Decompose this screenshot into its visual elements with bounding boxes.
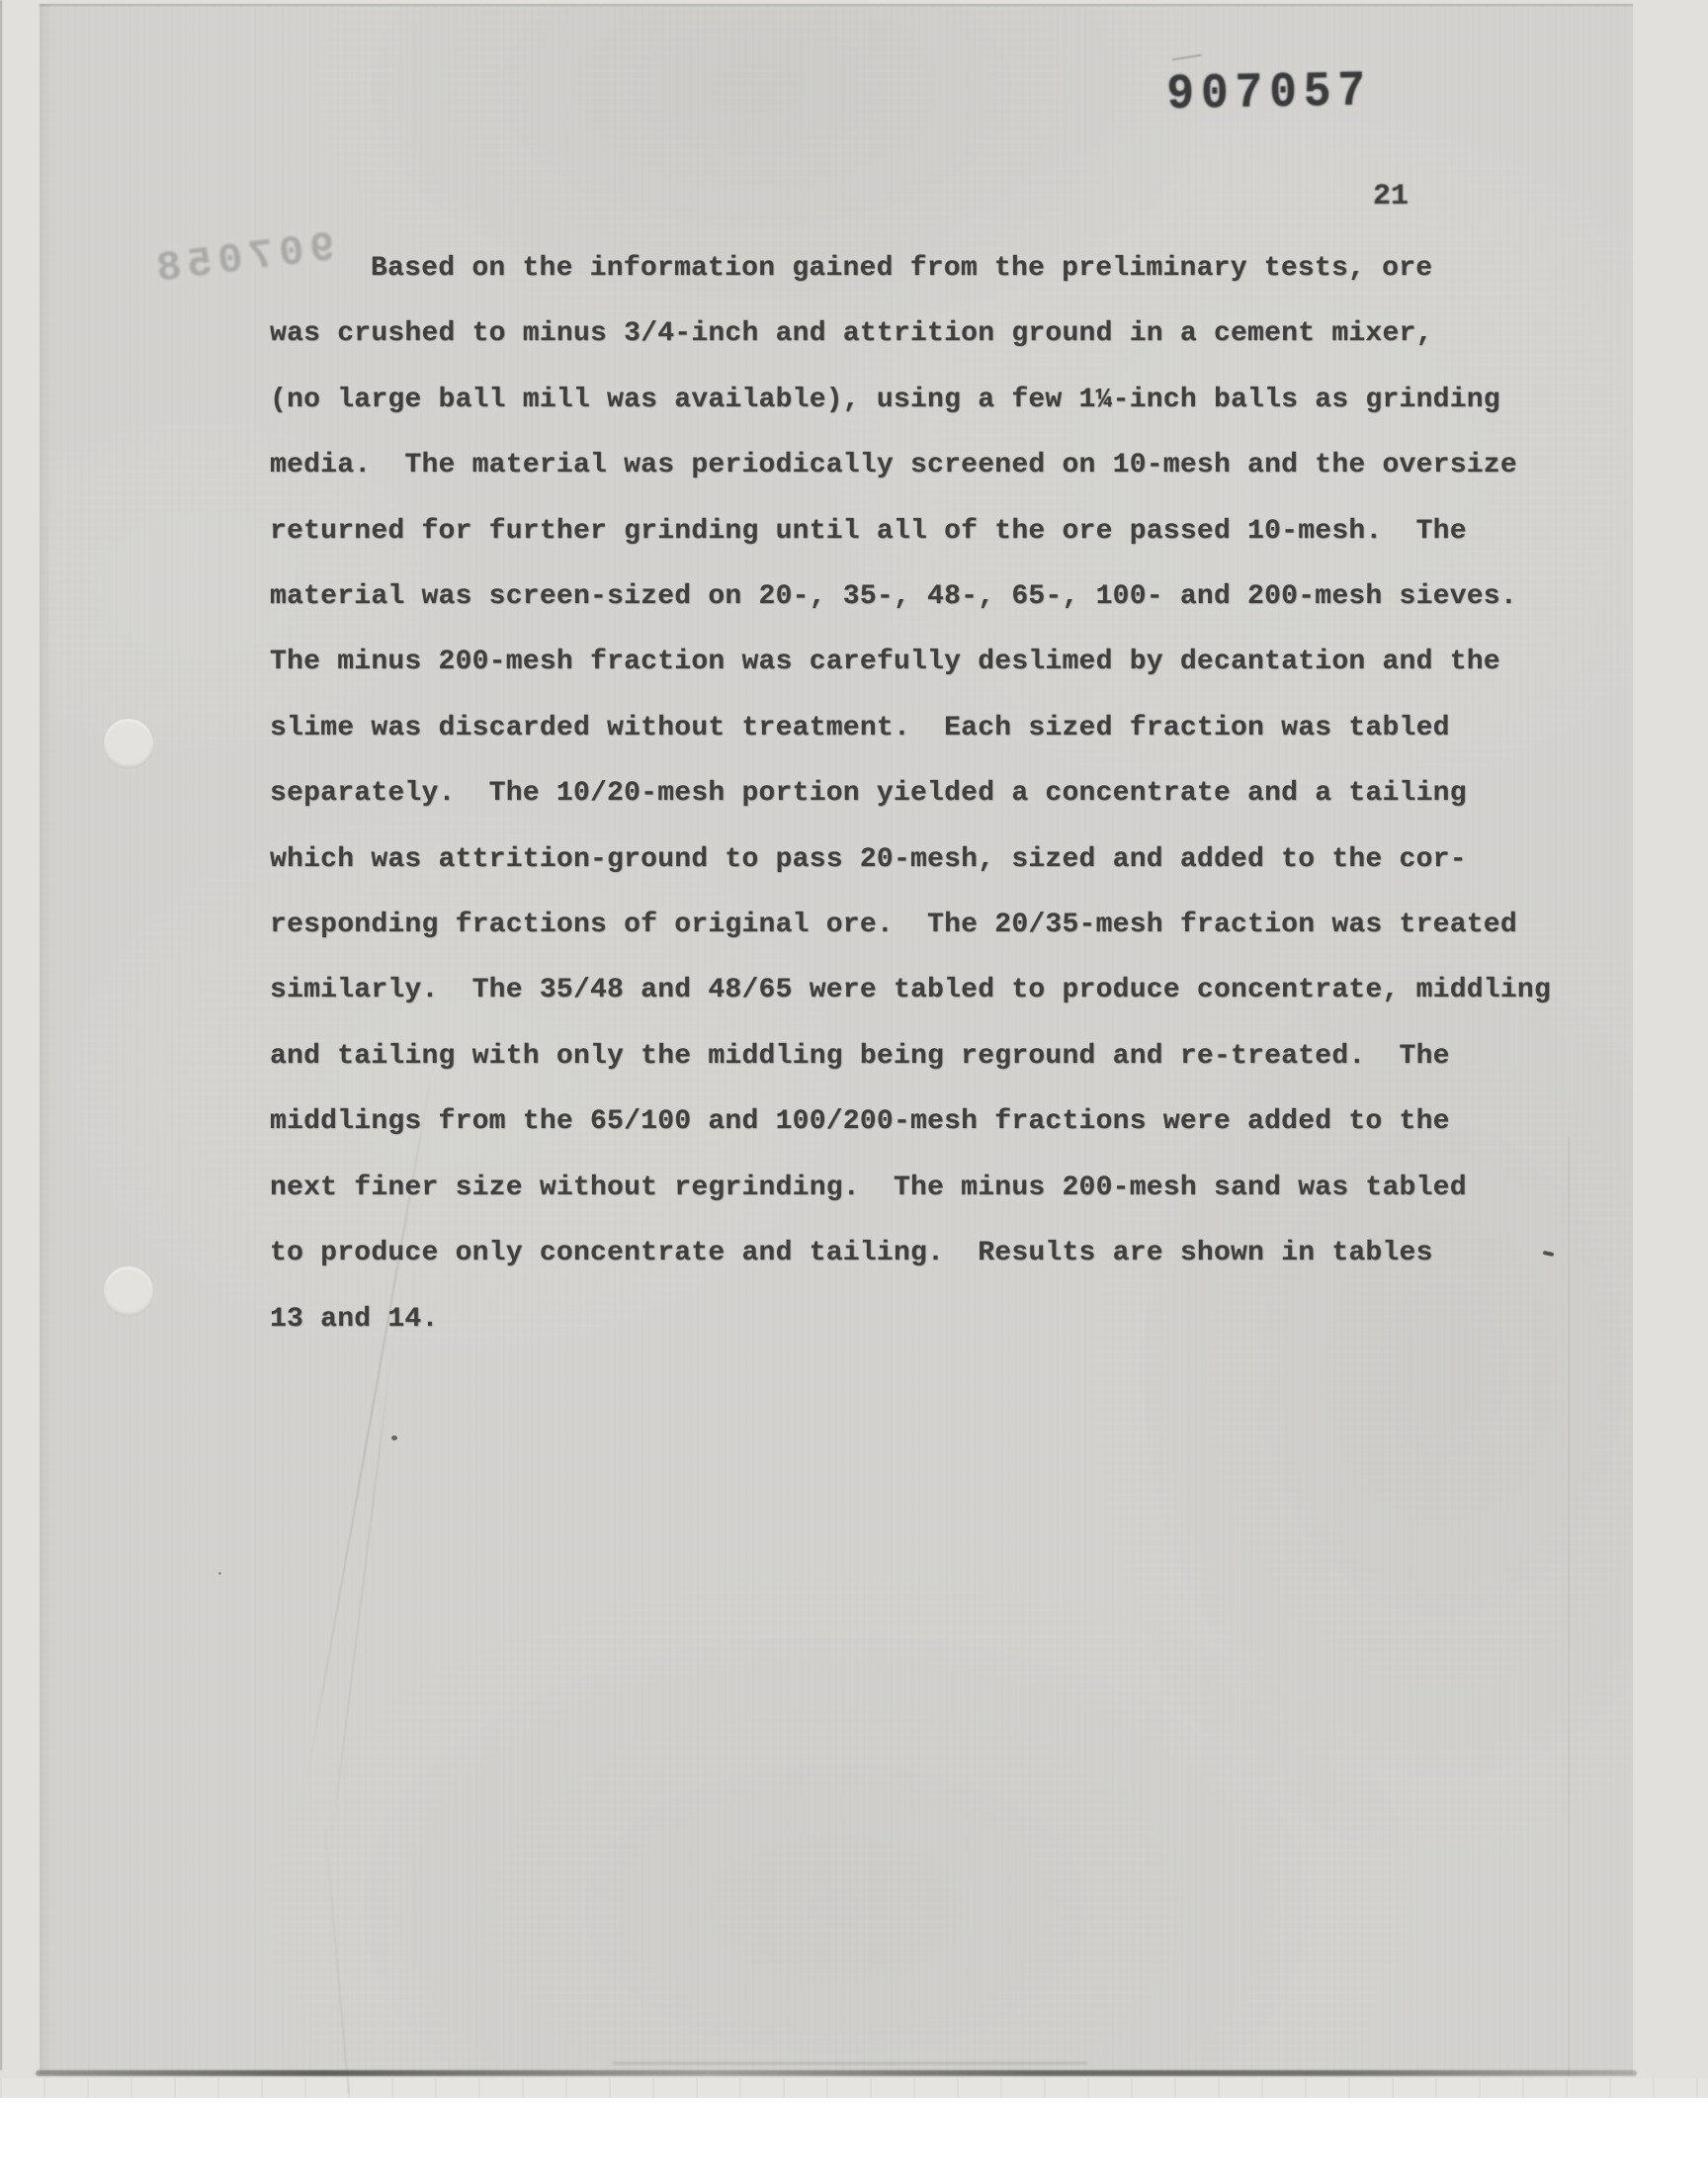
ink-fleck: [391, 1435, 397, 1440]
paper-right-edge: [0, 0, 2, 2070]
typed-line: was crushed to minus 3/4-inch and attrit…: [270, 302, 1575, 367]
typed-line: middlings from the 65/100 and 100/200-me…: [270, 1089, 1575, 1155]
page-number: 21: [1373, 180, 1409, 214]
typed-paragraph: Based on the information gained from the…: [270, 236, 1575, 1352]
hole-punch-top: [104, 719, 153, 768]
scan-streak: [1568, 1137, 1570, 2076]
typed-line: returned for further grinding until all …: [270, 499, 1575, 565]
paper-bottom-edge: [36, 2070, 1637, 2076]
ink-fleck: [218, 1572, 221, 1575]
typed-line: slime was discarded without treatment. E…: [270, 696, 1575, 761]
typed-line: Based on the information gained from the…: [270, 236, 1575, 302]
typed-line: separately. The 10/20-mesh portion yield…: [270, 761, 1575, 826]
paper-left-edge-shadow: [40, 4, 53, 2074]
below-page-strip: [0, 2078, 1708, 2098]
typed-line: The minus 200-mesh fraction was carefull…: [270, 630, 1575, 695]
paper-bottom-edge-echo: [613, 2062, 1087, 2064]
typed-line: (no large ball mill was available), usin…: [270, 368, 1575, 433]
typed-line: next finer size without regrinding. The …: [270, 1156, 1575, 1221]
typed-line: and tailing with only the middling being…: [270, 1024, 1575, 1089]
typed-line: similarly. The 35/48 and 48/65 were tabl…: [270, 958, 1575, 1023]
typed-line: 13 and 14.: [270, 1287, 1575, 1352]
typed-line: material was screen-sized on 20-, 35-, 4…: [270, 565, 1575, 630]
typed-line: media. The material was periodically scr…: [270, 433, 1575, 498]
hole-punch-bottom: [104, 1266, 153, 1316]
scanned-document-page: 907057 21 907058 Based on the informatio…: [0, 0, 1708, 2175]
typed-line: to produce only concentrate and tailing.…: [270, 1221, 1575, 1286]
typed-line: which was attrition-ground to pass 20-me…: [270, 827, 1575, 893]
typed-line: responding fractions of original ore. Th…: [270, 893, 1575, 958]
paper-top-edge: [40, 4, 1633, 6]
serial-number-stamp: 907057: [1166, 63, 1373, 123]
